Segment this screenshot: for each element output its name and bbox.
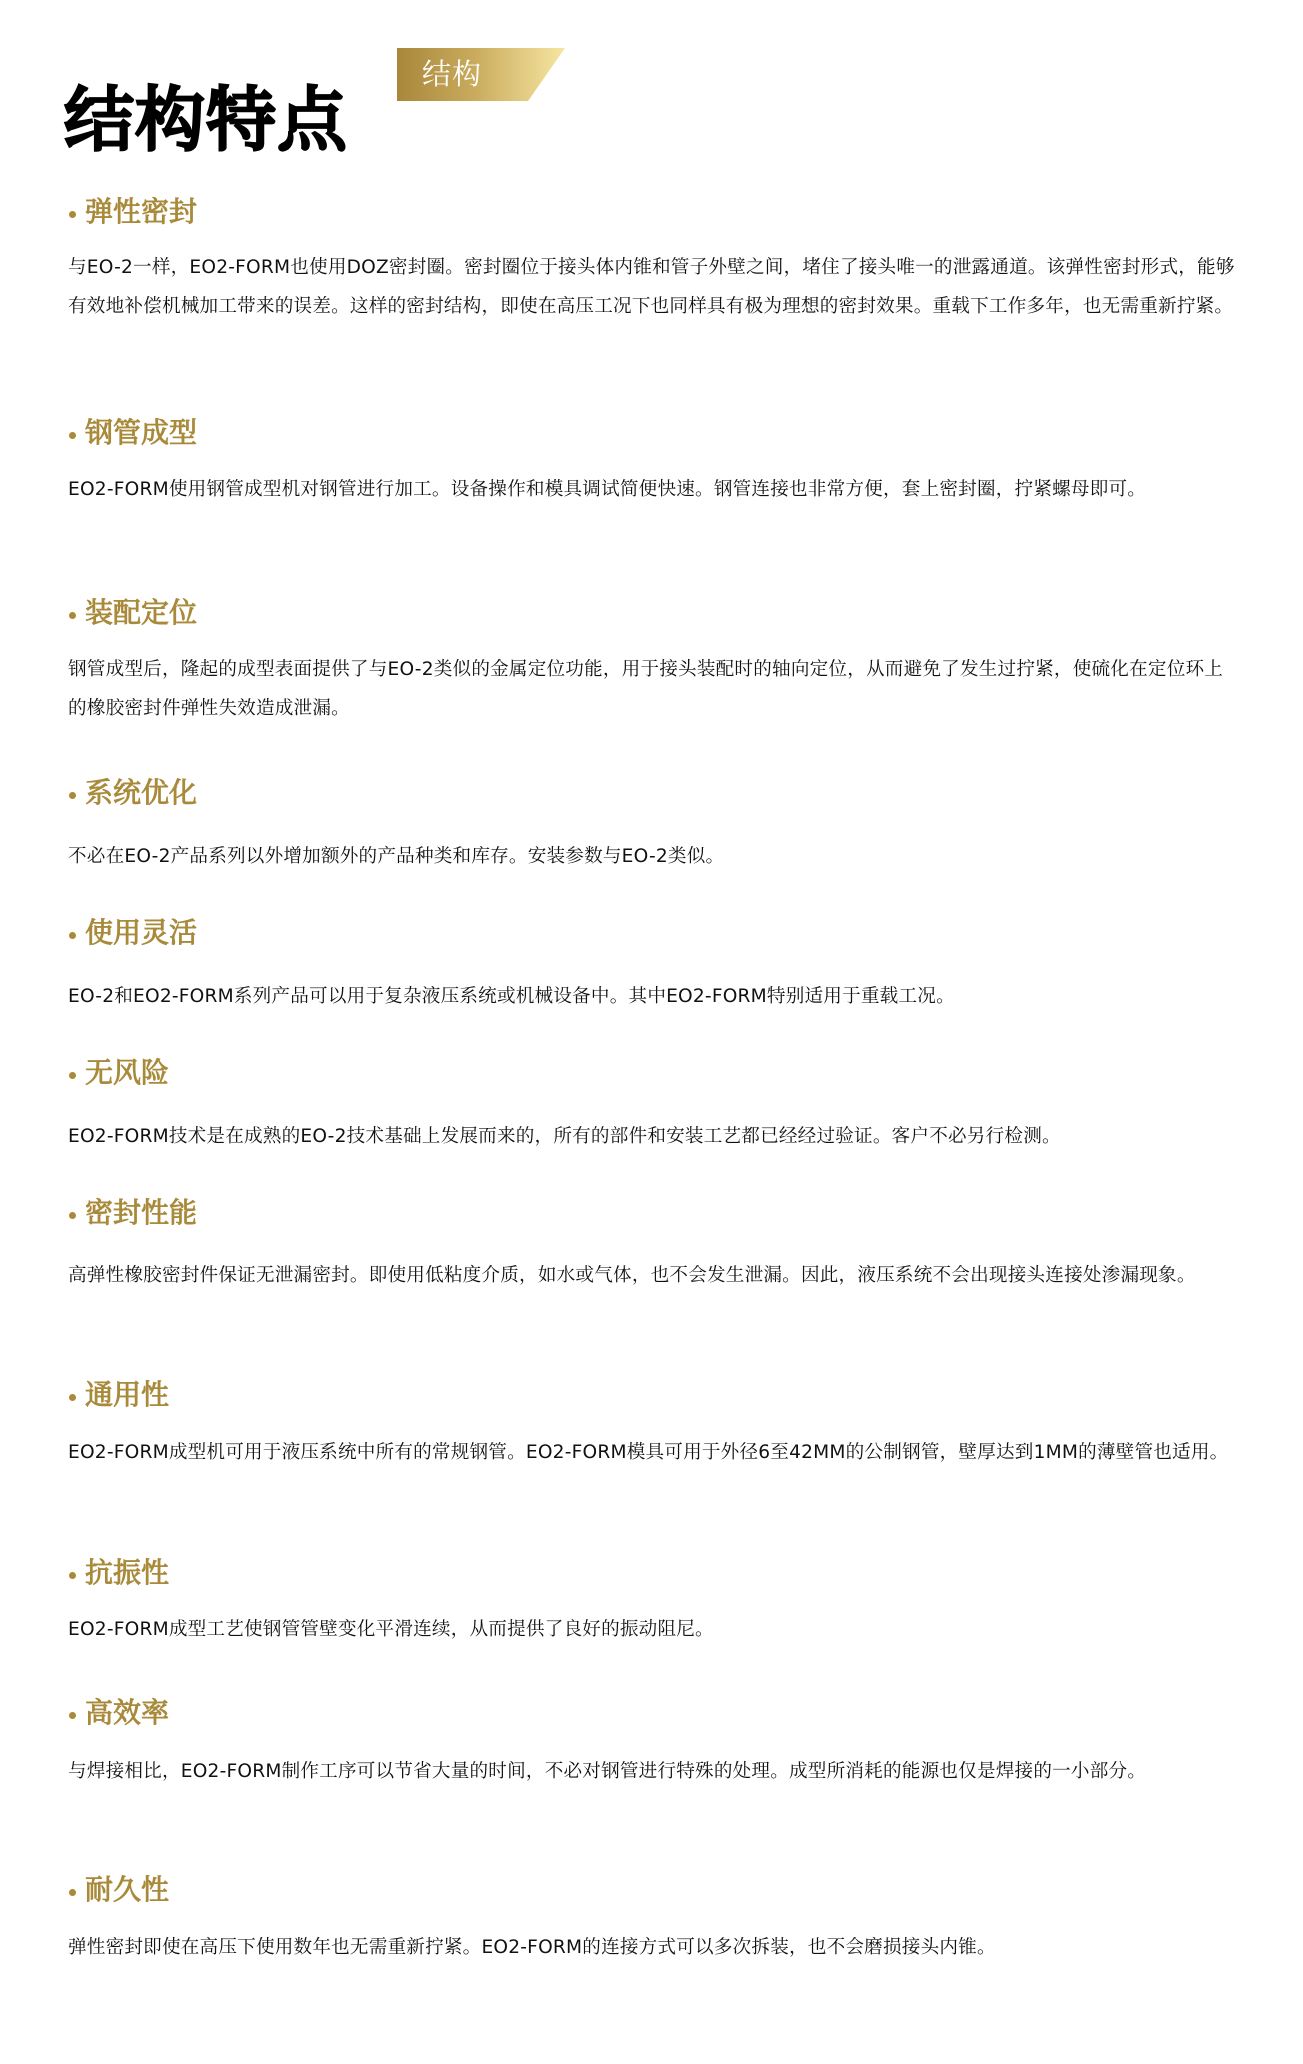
section-body: EO2-FORM技术是在成熟的EO-2技术基础上发展而来的，所有的部件和安装工艺…	[68, 1118, 1238, 1157]
section-heading-label: 无风险	[85, 1053, 169, 1093]
feature-section-assembly-positioning: 装配定位 钢管成型后，隆起的成型表面提供了与EO-2类似的金属定位功能，用于接头…	[68, 593, 1238, 728]
feature-section-sealing-performance: 密封性能 高弹性橡胶密封件保证无泄漏密封。即使用低粘度介质，如水或气体，也不会发…	[68, 1193, 1238, 1296]
section-body: 与焊接相比，EO2-FORM制作工序可以节省大量的时间，不必对钢管进行特殊的处理…	[68, 1753, 1238, 1792]
feature-section-tube-forming: 钢管成型 EO2-FORM使用钢管成型机对钢管进行加工。设备操作和模具调试简便快…	[68, 413, 1238, 510]
bullet-dot-icon	[69, 1572, 76, 1579]
bullet-dot-icon	[69, 1712, 76, 1719]
feature-section-elastic-seal: 弹性密封 与EO-2一样，EO2-FORM也使用DOZ密封圈。密封圈位于接头体内…	[68, 192, 1238, 326]
section-body: 钢管成型后，隆起的成型表面提供了与EO-2类似的金属定位功能，用于接头装配时的轴…	[68, 651, 1238, 728]
section-heading-label: 弹性密封	[85, 192, 197, 232]
section-body: EO-2和EO2-FORM系列产品可以用于复杂液压系统或机械设备中。其中EO2-…	[68, 978, 1238, 1017]
section-heading: 使用灵活	[68, 913, 1238, 953]
section-heading-label: 使用灵活	[85, 913, 197, 953]
feature-section-vibration-resistance: 抗振性 EO2-FORM成型工艺使钢管管壁变化平滑连续，从而提供了良好的振动阻尼…	[68, 1553, 1238, 1650]
bullet-dot-icon	[69, 432, 76, 439]
bullet-dot-icon	[69, 932, 76, 939]
section-heading-label: 密封性能	[85, 1193, 197, 1233]
section-heading: 耐久性	[68, 1870, 1238, 1910]
section-body: 高弹性橡胶密封件保证无泄漏密封。即使用低粘度介质，如水或气体，也不会发生泄漏。因…	[68, 1257, 1238, 1296]
section-heading: 密封性能	[68, 1193, 1238, 1233]
section-body: 不必在EO-2产品系列以外增加额外的产品种类和库存。安装参数与EO-2类似。	[68, 838, 1238, 877]
feature-section-no-risk: 无风险 EO2-FORM技术是在成熟的EO-2技术基础上发展而来的，所有的部件和…	[68, 1053, 1238, 1157]
section-heading: 无风险	[68, 1053, 1238, 1093]
section-heading-label: 装配定位	[85, 593, 197, 633]
section-heading: 系统优化	[68, 773, 1238, 813]
feature-section-durability: 耐久性 弹性密封即使在高压下使用数年也无需重新拧紧。EO2-FORM的连接方式可…	[68, 1870, 1238, 1968]
feature-section-versatility: 通用性 EO2-FORM成型机可用于液压系统中所有的常规钢管。EO2-FORM模…	[68, 1375, 1238, 1473]
section-heading-label: 耐久性	[85, 1870, 169, 1910]
bullet-dot-icon	[69, 1889, 76, 1896]
bullet-dot-icon	[69, 612, 76, 619]
bullet-dot-icon	[69, 1212, 76, 1219]
section-heading: 弹性密封	[68, 192, 1238, 232]
feature-section-system-optimization: 系统优化 不必在EO-2产品系列以外增加额外的产品种类和库存。安装参数与EO-2…	[68, 773, 1238, 877]
section-body: EO2-FORM成型工艺使钢管管壁变化平滑连续，从而提供了良好的振动阻尼。	[68, 1611, 1238, 1650]
section-heading: 装配定位	[68, 593, 1238, 633]
section-heading-label: 高效率	[85, 1693, 169, 1733]
section-heading: 抗振性	[68, 1553, 1238, 1593]
section-body: EO2-FORM成型机可用于液压系统中所有的常规钢管。EO2-FORM模具可用于…	[68, 1434, 1238, 1473]
section-body: EO2-FORM使用钢管成型机对钢管进行加工。设备操作和模具调试简便快速。钢管连…	[68, 471, 1238, 510]
section-heading-label: 系统优化	[85, 773, 197, 813]
bullet-dot-icon	[69, 1072, 76, 1079]
section-heading: 高效率	[68, 1693, 1238, 1733]
badge-label: 结构	[422, 48, 482, 101]
bullet-dot-icon	[69, 1394, 76, 1401]
section-body: 弹性密封即使在高压下使用数年也无需重新拧紧。EO2-FORM的连接方式可以多次拆…	[68, 1929, 1238, 1968]
section-heading-label: 通用性	[85, 1375, 169, 1415]
feature-section-high-efficiency: 高效率 与焊接相比，EO2-FORM制作工序可以节省大量的时间，不必对钢管进行特…	[68, 1693, 1238, 1792]
section-heading-label: 抗振性	[85, 1553, 169, 1593]
section-body: 与EO-2一样，EO2-FORM也使用DOZ密封圈。密封圈位于接头体内锥和管子外…	[68, 249, 1238, 326]
bullet-dot-icon	[69, 792, 76, 799]
bullet-dot-icon	[69, 211, 76, 218]
section-heading-label: 钢管成型	[85, 413, 197, 453]
section-heading: 通用性	[68, 1375, 1238, 1415]
page-title: 结构特点	[64, 75, 348, 165]
section-badge: 结构	[397, 48, 565, 101]
feature-section-flexible-use: 使用灵活 EO-2和EO2-FORM系列产品可以用于复杂液压系统或机械设备中。其…	[68, 913, 1238, 1017]
section-heading: 钢管成型	[68, 413, 1238, 453]
